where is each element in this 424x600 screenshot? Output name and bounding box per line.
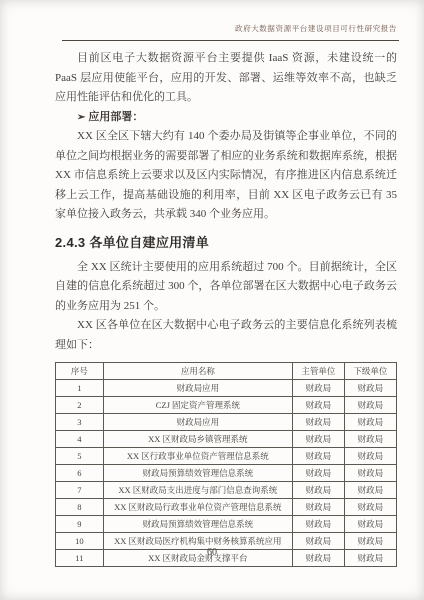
cell-competent-unit: 财政局 — [292, 465, 344, 482]
cell-index: 6 — [56, 465, 104, 482]
cell-subordinate-unit: 财政局 — [344, 431, 396, 448]
cell-competent-unit: 财政局 — [292, 448, 344, 465]
table-row: 7 XX 区财政局支出进度与部门信息查询系统 财政局 财政局 — [56, 482, 397, 499]
column-header-competent-unit: 主管单位 — [292, 363, 344, 380]
cell-index: 8 — [56, 499, 104, 516]
table-row: 5 XX 区行政事业单位资产管理信息系统 财政局 财政局 — [56, 448, 397, 465]
bullet-application-deployment: ➢应用部署： — [55, 108, 397, 128]
cell-competent-unit: 财政局 — [292, 380, 344, 397]
paragraph-table-intro: XX 区各单位在区大数据中心电子政务云的主要信息化系统列表梳理如下： — [55, 316, 397, 355]
cell-app-name: 财政局应用 — [103, 380, 292, 397]
cell-subordinate-unit: 财政局 — [344, 397, 396, 414]
page-number: 60 — [0, 547, 424, 558]
running-header-title: 政府大数据资源平台建设项目可行性研究报告 — [62, 23, 397, 34]
paragraph-paas-overview: 目前区电子大数据资源平台主要提供 IaaS 资源，未建设统一的 PaaS 层应用… — [55, 49, 397, 108]
cell-app-name: XX 区财政局支出进度与部门信息查询系统 — [103, 482, 292, 499]
column-header-index: 序号 — [56, 363, 104, 380]
cell-index: 9 — [56, 516, 104, 533]
cell-index: 7 — [56, 482, 104, 499]
cell-competent-unit: 财政局 — [292, 516, 344, 533]
cell-app-name: XX 区财政局乡镇管理系统 — [103, 431, 292, 448]
cell-subordinate-unit: 财政局 — [344, 448, 396, 465]
arrow-bullet-icon: ➢ — [77, 112, 85, 123]
cell-competent-unit: 财政局 — [292, 414, 344, 431]
table-row: 8 XX 区财政局行政事业单位资产管理信息系统 财政局 财政局 — [56, 499, 397, 516]
bullet-label: 应用部署： — [88, 111, 143, 123]
section-heading-2-4-3: 2.4.3 各单位自建应用清单 — [55, 232, 397, 251]
document-page: 政府大数据资源平台建设项目可行性研究报告 目前区电子大数据资源平台主要提供 Ia… — [0, 0, 424, 600]
cell-subordinate-unit: 财政局 — [344, 380, 396, 397]
table-row: 1 财政局应用 财政局 财政局 — [56, 380, 397, 397]
table-row: 3 财政局应用 财政局 财政局 — [56, 414, 397, 431]
cell-index: 4 — [56, 431, 104, 448]
cell-competent-unit: 财政局 — [292, 482, 344, 499]
table-row: 9 财政局预算绩效管理信息系统 财政局 财政局 — [56, 516, 397, 533]
paragraph-app-statistics: 全 XX 区统计主要使用的应用系统超过 700 个。目前据统计，全区自建的信息化… — [55, 258, 397, 317]
cell-index: 1 — [56, 380, 104, 397]
cell-app-name: 财政局应用 — [103, 414, 292, 431]
cell-app-name: CZJ 固定资产管理系统 — [103, 397, 292, 414]
cell-competent-unit: 财政局 — [292, 499, 344, 516]
table-header-row: 序号 应用名称 主管单位 下级单位 — [56, 363, 397, 380]
table-row: 4 XX 区财政局乡镇管理系统 财政局 财政局 — [56, 431, 397, 448]
application-list-table: 序号 应用名称 主管单位 下级单位 1 财政局应用 财政局 财政局 — [55, 362, 397, 567]
page-content: 目前区电子大数据资源平台主要提供 IaaS 资源，未建设统一的 PaaS 层应用… — [55, 49, 397, 567]
cell-index: 5 — [56, 448, 104, 465]
cell-index: 2 — [56, 397, 104, 414]
cell-app-name: XX 区行政事业单位资产管理信息系统 — [103, 448, 292, 465]
column-header-subordinate-unit: 下级单位 — [344, 363, 396, 380]
cell-subordinate-unit: 财政局 — [344, 482, 396, 499]
table-row: 2 CZJ 固定资产管理系统 财政局 财政局 — [56, 397, 397, 414]
cell-subordinate-unit: 财政局 — [344, 516, 396, 533]
paragraph-cloud-migration: XX 区全区下辖大约有 140 个委办局及街镇等企事业单位，不同的单位之间均根据… — [55, 127, 397, 225]
table-row: 6 财政局预算绩效管理信息系统 财政局 财政局 — [56, 465, 397, 482]
cell-app-name: XX 区财政局行政事业单位资产管理信息系统 — [103, 499, 292, 516]
cell-subordinate-unit: 财政局 — [344, 465, 396, 482]
cell-subordinate-unit: 财政局 — [344, 414, 396, 431]
cell-app-name: 财政局预算绩效管理信息系统 — [103, 465, 292, 482]
cell-subordinate-unit: 财政局 — [344, 499, 396, 516]
cell-app-name: 财政局预算绩效管理信息系统 — [103, 516, 292, 533]
cell-index: 3 — [56, 414, 104, 431]
column-header-app-name: 应用名称 — [103, 363, 292, 380]
cell-competent-unit: 财政局 — [292, 431, 344, 448]
header-divider — [62, 40, 399, 41]
cell-competent-unit: 财政局 — [292, 397, 344, 414]
